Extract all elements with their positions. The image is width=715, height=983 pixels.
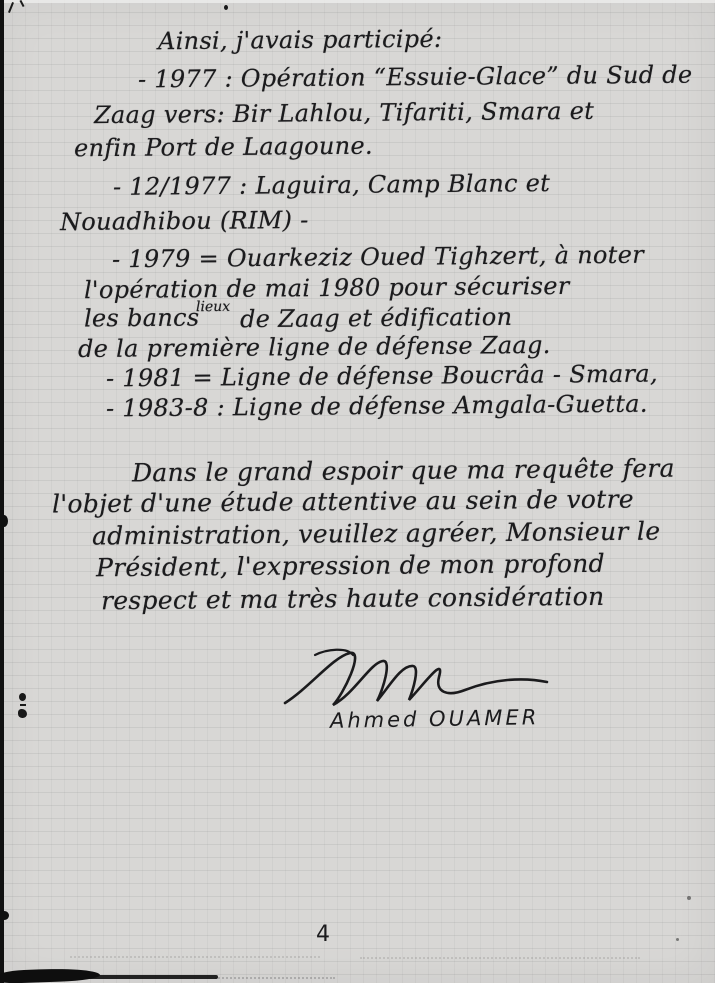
handwritten-line: l'opération de mai 1980 pour sécuriser xyxy=(84,272,570,304)
handwritten-line: Président, l'expression de mon profond xyxy=(96,549,605,582)
handwritten-line: de la première ligne de défense Zaag. xyxy=(78,331,551,363)
page-number: 4 xyxy=(316,922,330,947)
handwritten-line: respect et ma très haute considération xyxy=(101,582,605,615)
handwritten-line: Ainsi, j'avais participé: xyxy=(158,25,443,55)
scan-bottom-streak xyxy=(58,975,218,979)
handwritten-line: Nouadhibou (RIM) - xyxy=(60,206,309,236)
handwritten-line: l'objet d'une étude attentive au sein de… xyxy=(52,484,634,518)
handwritten-line: - 1977 : Opération “Essuie-Glace” du Sud… xyxy=(138,61,693,94)
handwritten-line: Dans le grand espoir que ma requête fera xyxy=(132,454,675,488)
paper-speck xyxy=(687,896,691,900)
handwritten-line: administration, veuillez agréer, Monsieu… xyxy=(92,517,661,551)
stray-ink-dot xyxy=(224,5,228,10)
margin-ink-dot xyxy=(19,693,26,701)
signature-name: Ahmed OUAMER xyxy=(330,705,540,733)
margin-ink-mark xyxy=(20,704,26,706)
scan-top-light-strip xyxy=(0,0,715,3)
handwritten-line: - 12/1977 : Laguira, Camp Blanc et xyxy=(113,169,550,201)
paper-speck xyxy=(676,938,679,941)
stray-ink-mark xyxy=(8,2,14,13)
scan-edge-bump xyxy=(0,515,8,527)
handwritten-line: lieux xyxy=(196,299,230,315)
handwritten-line: - 1979 = Ouarkeziz Oued Tighzert, à note… xyxy=(112,241,644,274)
scan-left-edge-strip xyxy=(0,0,4,983)
paper-smudge-line xyxy=(70,956,320,958)
handwritten-line: les bancs xyxy=(84,303,200,332)
handwritten-line: - 1981 = Ligne de défense Boucrâa - Smar… xyxy=(106,360,658,393)
handwritten-line: - 1983-8 : Ligne de défense Amgala-Guett… xyxy=(106,390,648,423)
paper-smudge-line xyxy=(360,957,640,959)
handwritten-line: enfin Port de Laagoune. xyxy=(74,132,373,163)
scan-edge-bump xyxy=(0,911,9,920)
margin-ink-blob xyxy=(18,709,27,718)
handwritten-line: de Zaag et édification xyxy=(240,303,513,333)
scan-bottom-faint-line xyxy=(215,977,335,979)
scanned-letter-page: Ainsi, j'avais participé:- 1977 : Opérat… xyxy=(0,0,715,983)
handwritten-line: Zaag vers: Bir Lahlou, Tifariti, Smara e… xyxy=(94,97,594,129)
